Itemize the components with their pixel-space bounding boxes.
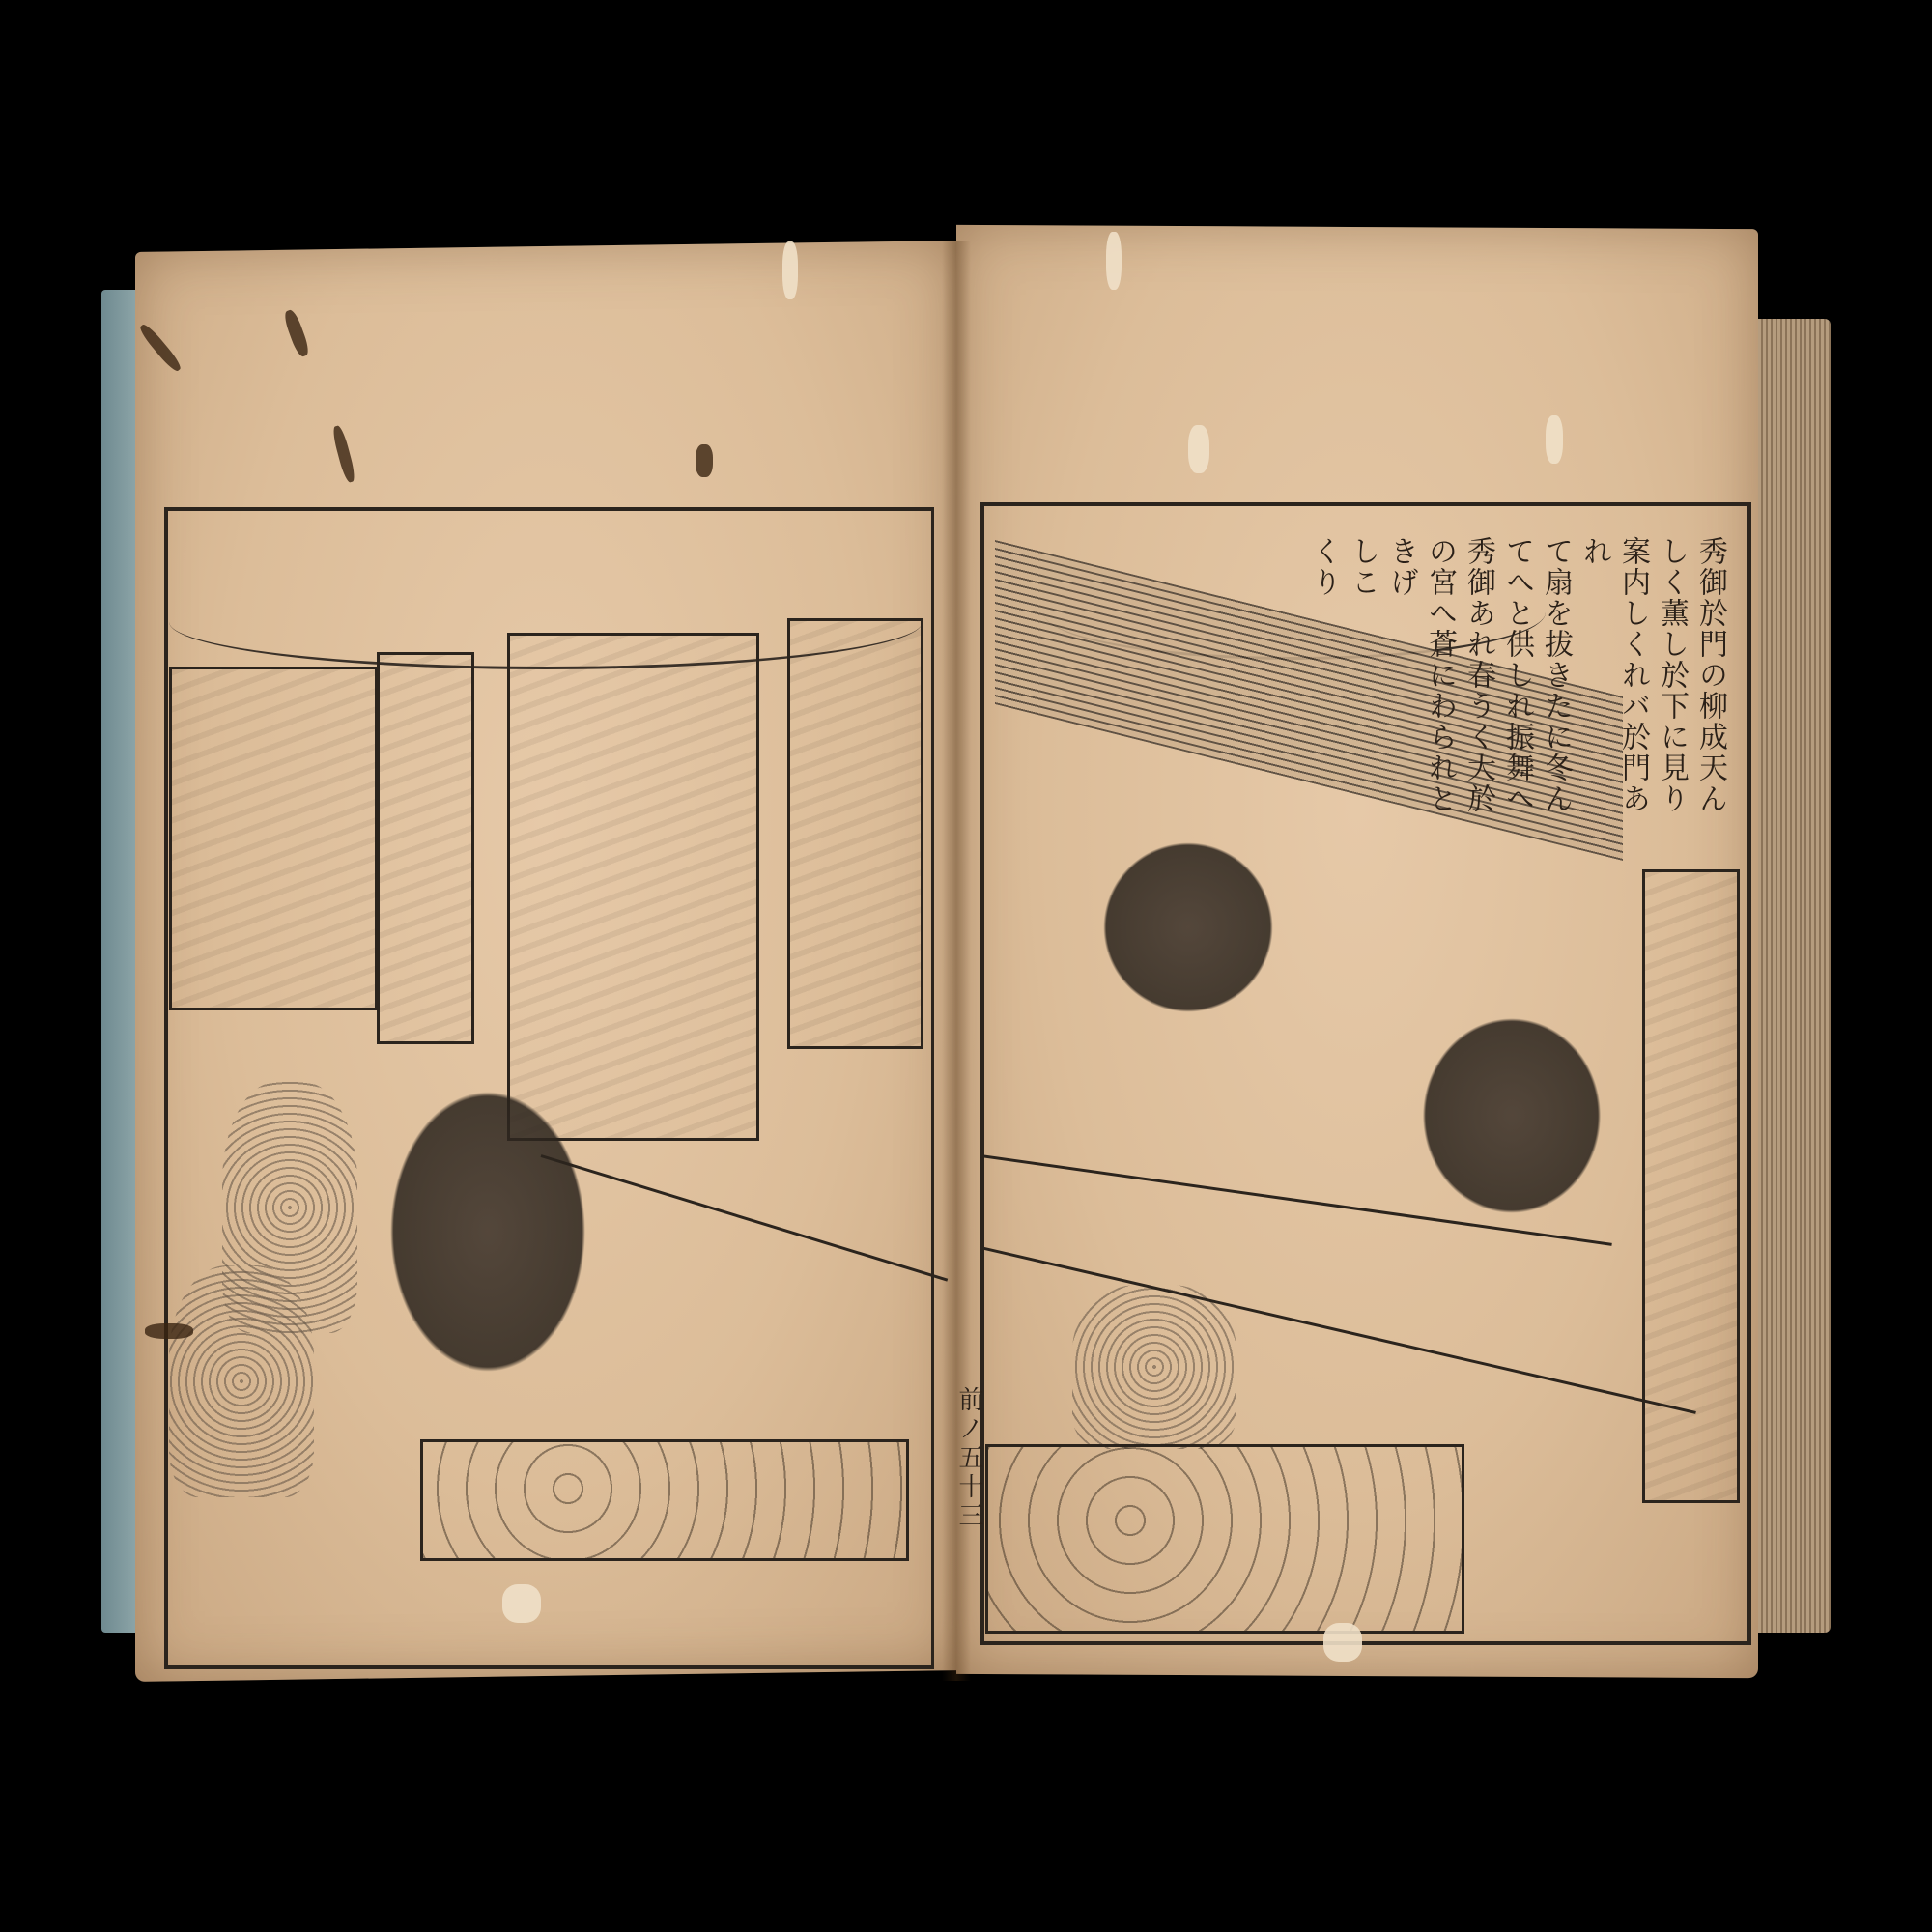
- page-stack-edge: [1748, 319, 1831, 1633]
- text-column: の宮へ蒼にわられと: [1420, 536, 1459, 816]
- painted-screen-horses: [169, 667, 378, 1010]
- text-column: しこ: [1343, 536, 1381, 816]
- wormhole-damage: [782, 241, 798, 299]
- leaping-servant-figure: [1092, 831, 1285, 1024]
- painted-screen-narrow: [377, 652, 474, 1044]
- painted-screen-figure: [787, 618, 923, 1049]
- kneeling-lady-figure: [169, 1265, 314, 1497]
- text-column: 案内しくれバ於門あれ: [1575, 536, 1652, 816]
- right-folding-screen-clouds: [985, 1444, 1464, 1634]
- text-column: きげ: [1381, 536, 1420, 816]
- painted-screen-waves: [507, 633, 759, 1141]
- wormhole-damage: [1106, 232, 1122, 290]
- right-painted-screen: [1642, 869, 1740, 1503]
- wormhole-damage: [1323, 1623, 1362, 1662]
- right-page-text-block: 秀御於門の柳成天ん しく薫し於下に見り 案内しくれバ於門あれ て扇を拔きたに冬ん…: [1352, 536, 1729, 816]
- text-column: てへと供しれ振舞へ: [1497, 536, 1536, 816]
- text-column: くり: [1304, 536, 1343, 816]
- text-column: 秀御於門の柳成天ん: [1690, 536, 1729, 816]
- wormhole-damage: [696, 444, 713, 477]
- text-column: て扇を拔きたに冬ん: [1536, 536, 1575, 816]
- gutter-page-number: 前ノ五十三: [952, 1386, 987, 1531]
- text-column: しく薫し於下に見り: [1652, 536, 1690, 816]
- book-cover-edge: [101, 290, 140, 1633]
- wormhole-damage: [502, 1584, 541, 1623]
- attendant-with-sword-figure: [1072, 1285, 1236, 1449]
- wormhole-damage: [1546, 415, 1563, 464]
- seated-nobleman-figure: [377, 1072, 599, 1391]
- wormhole-damage: [1188, 425, 1209, 473]
- seated-courtier-figure: [1410, 1005, 1613, 1227]
- wormhole-damage: [145, 1323, 193, 1339]
- text-column: 秀御あれ春うく大於: [1459, 536, 1497, 816]
- left-folding-screen-clouds: [420, 1439, 909, 1561]
